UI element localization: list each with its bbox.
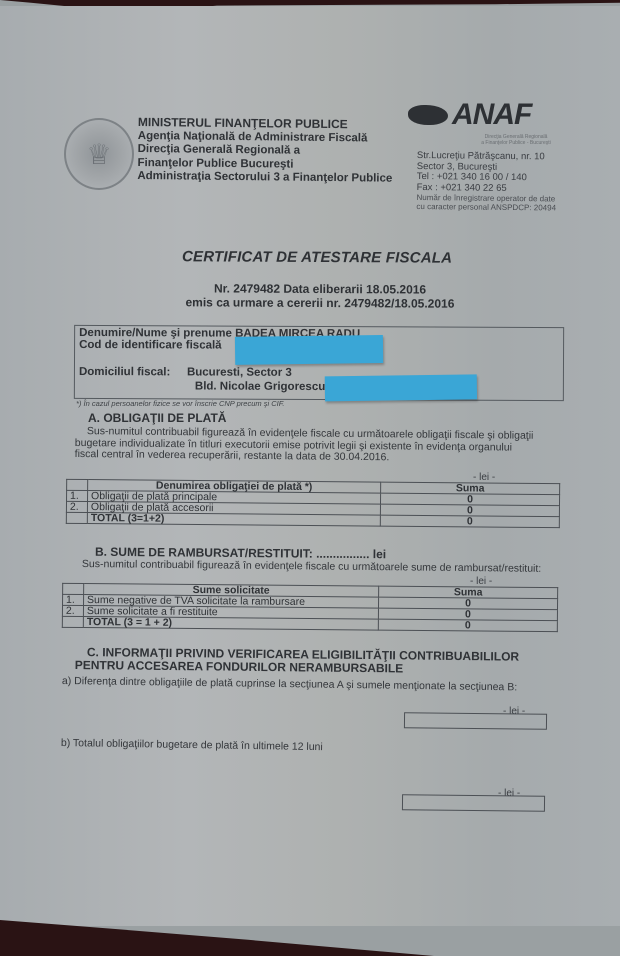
name-label: Denumire/Nume şi prenume (79, 327, 232, 340)
ministry-header: MINISTERUL FINANŢELOR PUBLICE Agenţia Na… (137, 116, 428, 187)
anaf-logo: ANAF (408, 100, 531, 130)
domicile-label: Domiciliul fiscal: (79, 366, 170, 378)
street-value: Bld. Nicolae Grigorescu, n (195, 380, 339, 393)
taxpayer-identity-box: Denumire/Nume şi prenume BADEA MIRCEA RA… (74, 325, 564, 401)
table-header-num (67, 479, 88, 490)
certificate-paper: ♕ MINISTERUL FINANŢELOR PUBLICE Agenţia … (0, 6, 620, 926)
cif-label: Cod de identificare fiscală (79, 339, 222, 352)
row-number: 1. (67, 490, 88, 501)
row-number: 2. (62, 605, 83, 616)
ministry-line: Administraţia Sectorului 3 a Finanţelor … (137, 170, 427, 187)
row-label: TOTAL (3 = 1 + 2) (83, 617, 378, 631)
romania-map-icon (408, 105, 448, 125)
row-number (66, 512, 87, 523)
row-number: 2. (66, 501, 87, 512)
item-b-value-box (402, 794, 545, 811)
section-a-table: Denumirea obligaţiei de plată *) Suma 1.… (66, 479, 560, 528)
redaction-sticker (325, 374, 477, 401)
section-b-currency: - lei - (470, 576, 492, 587)
cnp-footnote: *) În cazul persoanelor fizice se vor în… (76, 399, 284, 408)
domicile-value: Bucuresti, Sector 3 (187, 366, 292, 378)
row-value: 0 (378, 619, 557, 632)
section-c-item-b: b) Totalul obligaţiilor bugetare de plat… (61, 738, 323, 754)
row-value: 0 (380, 515, 559, 528)
section-b-paragraph: Sus-numitul contribuabil figurează în ev… (82, 559, 541, 575)
section-c-item-a: a) Diferenţa dintre obligaţiile de plată… (62, 676, 517, 694)
anaf-logo-subtitle: Direcţia Generală Regională a Finanţelor… (456, 134, 576, 146)
logo-subtitle-line: a Finanţelor Publice - Bucureşti (456, 140, 576, 146)
section-a-paragraph: Sus-numitul contribuabil figurează în ev… (75, 426, 560, 466)
anaf-logo-text: ANAF (452, 100, 531, 130)
section-a-currency: - lei - (473, 472, 495, 483)
item-a-value-box (404, 712, 547, 729)
table-header-num (63, 583, 84, 594)
redaction-sticker (235, 335, 383, 365)
row-number: 1. (63, 594, 84, 605)
office-address: Str.Lucreţiu Pătrăşcanu, nr. 10 Sector 3… (416, 151, 617, 213)
section-b-table: Sume solicitate Suma 1. Sume negative de… (62, 583, 558, 632)
romania-coat-of-arms-icon: ♕ (64, 118, 134, 190)
request-number: emis ca urmare a cererii nr. 2479482/18.… (150, 295, 490, 311)
registration-line: cu caracter personal ANSPDCP: 20494 (416, 202, 616, 213)
document-number-block: Nr. 2479482 Data eliberarii 18.05.2016 e… (150, 281, 490, 311)
row-label: TOTAL (3=1+2) (87, 513, 380, 527)
document-title: CERTIFICAT DE ATESTARE FISCALA (182, 248, 452, 266)
section-c-title: C. INFORMAŢII PRIVIND VERIFICAREA ELIGIB… (75, 646, 519, 677)
section-a-title: A. OBLIGAŢII DE PLATĂ (88, 411, 226, 425)
row-number (62, 616, 83, 627)
